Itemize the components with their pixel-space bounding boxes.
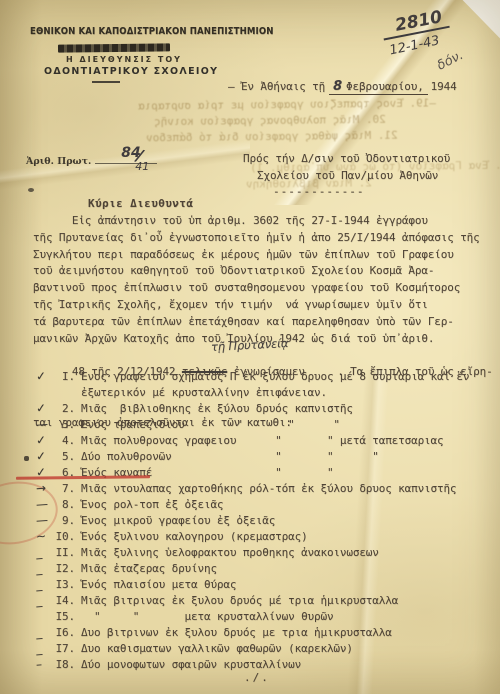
letterhead-rule (92, 81, 120, 83)
item-number: 7. (51, 481, 75, 497)
date-year: 1944 (431, 80, 457, 93)
item-number: I4. (51, 593, 75, 609)
body-line: βαντινοῦ προς ἐπίπλωσιν τοῦ συσταθησομεν… (33, 280, 493, 297)
item-text: Ἑνός πλαισίου μετα θύρας (81, 577, 236, 593)
item-text: Ἑνος γραφειου σχηματος Π ἐκ ξύλου δρυος … (81, 369, 469, 385)
registry-number: 2810 (380, 6, 450, 40)
inventory-item: —8.Ἑνος ρολ-τοπ ἐξ ὀξειᾶς (36, 497, 469, 513)
inventory-item: ✓4.Μιᾶς πολυθρονας γραφειου " " μετά ταπ… (36, 433, 469, 449)
handwritten-check-mark: ✓ (35, 448, 51, 465)
letterhead-school: ΟΔΟΝΤΙΑΤΡΙΚΟΥ ΣΧΟΛΕΙΟΥ (44, 66, 317, 77)
inventory-list: ✓I.Ἑνος γραφειου σχηματος Π ἐκ ξύλου δρυ… (36, 369, 469, 673)
protocol-suffix-handwritten: 41 (135, 160, 149, 173)
item-mark-empty (35, 608, 51, 625)
item-number: 4. (51, 433, 75, 449)
recipient-block: Πρός τήν Δ/σιν τοῦ Ὀδοντιατρικοῦ Σχολείο… (243, 151, 450, 201)
ink-smudge (28, 188, 34, 192)
handwritten-dash-mark: — (35, 496, 51, 513)
item-text: Μιᾶς ξυλινης ὑελοφρακτου προθηκης ἀνακοι… (81, 545, 379, 561)
protocol-block: Ἀριθ. Πρωτ.84/41 (26, 149, 157, 168)
handwritten-dash-mark: _ (35, 592, 51, 609)
item-text: Ἑνός καναπέ " " (81, 465, 333, 481)
letterhead-directorate: Η ΔΙΕΥΘΥΝΣΙΣ ΤΟΥ (66, 55, 317, 64)
date-prefix: – Ἐν Ἀθήναις τῇ (228, 80, 325, 93)
handwritten-check-mark: ✓ (35, 432, 51, 449)
bleed-through-line: —19. Ἑνος τραπεζιου γραφείου με τρία συρ… (138, 96, 436, 112)
registry-scribble: δόν. (435, 48, 466, 74)
bleed-through-line: 20. Μιᾶς πολυθρονας γραφείου κοινῆς (154, 113, 386, 128)
inventory-item: ✓5.Δύο πολυθρονῶν " " " (36, 449, 469, 465)
handwritten-dash-mark: — (35, 416, 51, 433)
inventory-item: _I3.Ἑνός πλαισίου μετα θύρας (36, 577, 469, 593)
inventory-item: ✓I.Ἑνος γραφειου σχηματος Π ἐκ ξύλου δρυ… (36, 369, 469, 385)
recipient-line-2: Σχολείου τοῦ Παν/μίου Ἀθηνῶν (257, 168, 450, 185)
salutation: Κύριε Διευθυντά (88, 197, 193, 210)
inventory-item: _I7.Δυο καθισματων γαλλικῶν φαθωρῶν (καρ… (36, 641, 469, 657)
handwritten-dash-mark: — (35, 512, 51, 529)
item-text: Μιᾶς βιβλιοθηκης ἐκ ξύλου δρυός καπνιστῆ… (81, 401, 353, 417)
body-line: τοῦ ἀειμνήστου καθηγητοῦ τοῦ Ὀδοντιατρικ… (33, 263, 493, 280)
recipient-line-1: Πρός τήν Δ/σιν τοῦ Ὀδοντιατρικοῦ (243, 151, 450, 168)
body-line: Εἰς ἀπάντησιν τοῦ ὑπ ἀριθμ. 3602 τῆς 27-… (33, 213, 493, 230)
item-text: Μιᾶς ντουλαπας χαρτοθήκης ρόλ-τόπ ἐκ ξύλ… (81, 481, 456, 497)
date-month: Φεβρουαρίου, (346, 80, 424, 93)
handwritten-arrow-mark: → (35, 480, 51, 497)
item-number: I6. (51, 625, 75, 641)
inventory-item: _I6.Δυο βιτρινων ἐκ ξυλου δρυός με τρια … (36, 625, 469, 641)
item-text: " " μετα κρυσταλλίνων θυρῶν (81, 609, 333, 625)
letterhead: ΕΘΝΙΚΟΝ ΚΑΙ ΚΑΠΟΔΙΣΤΡΙΑΚΟΝ ΠΑΝΕΠΙΣΤΗΜΙΟΝ… (30, 26, 317, 83)
item-number: I2. (51, 561, 75, 577)
page-continuation-mark: ./. (244, 671, 270, 684)
date-line: – Ἐν Ἀθήναις τῇ8Φεβρουαρίου,1944 (228, 79, 457, 95)
item-text: Μιᾶς πολυθρονας γραφειου " " μετά ταπετσ… (81, 433, 443, 449)
item-number: 2. (51, 401, 75, 417)
item-number: I0. (51, 529, 75, 545)
item-text: Δυο βιτρινων ἐκ ξυλου δρυός με τρια ἡμικ… (81, 625, 392, 641)
inventory-item: _I4.Μιᾶς βιτρινας ἐκ ξυλου δρυός μέ τρια… (36, 593, 469, 609)
recipient-underline: ------------ (273, 184, 450, 201)
crossed-out-line (58, 43, 170, 52)
item-text: Δυο καθισματων γαλλικῶν φαθωρῶν (καρεκλῶ… (81, 641, 353, 657)
item-number: I7. (51, 641, 75, 657)
body-line: τῆς Πρυτανείας δι᾽οὗ ἐγνωστοποιεῖτο ἡμῖν… (33, 230, 493, 247)
date-underline: 8Φεβρουαρίου, (329, 79, 428, 95)
inventory-item: I5. " " μετα κρυσταλλίνων θυρῶν (36, 609, 469, 625)
ink-dot (24, 456, 29, 461)
body-line: Συγκλήτου περι παραδόσεως ἐκ μέρους ἡμῶν… (33, 247, 493, 264)
inventory-item: ✓6.Ἑνός καναπέ " " (36, 465, 469, 481)
letterhead-university-name: ΕΘΝΙΚΟΝ ΚΑΙ ΚΑΠΟΔΙΣΤΡΙΑΚΟΝ ΠΑΝΕΠΙΣΤΗΜΙΟΝ (30, 26, 274, 37)
inventory-item: —9.Ἑνος μικροῦ γραφείου ἐξ ὀξειᾶς (36, 513, 469, 529)
inventory-item: —3.Ἑνός τραπεζιδιου " " " (36, 417, 469, 433)
protocol-label: Ἀριθ. Πρωτ. (26, 156, 91, 167)
body-line: τά βαρυτερα τῶν ἐπίπλων ἐπετάχθησαν καί … (33, 314, 493, 331)
item-number: I3. (51, 577, 75, 593)
item-text: Ἑνος μικροῦ γραφείου ἐξ ὀξειᾶς (81, 513, 275, 529)
item-number: II. (51, 545, 75, 561)
handwritten-dash-mark: _ (35, 544, 51, 561)
item-text: Μιᾶς ἐταζερας δρυίνης (81, 561, 217, 577)
item-text: Μιᾶς βιτρινας ἐκ ξυλου δρυός μέ τρια ἡμι… (81, 593, 398, 609)
handwritten-check-mark: ✓ (35, 368, 51, 385)
date-day-handwritten: 8 (333, 79, 342, 94)
item-number: I8. (51, 657, 75, 673)
handwritten-check-mark: ✓ (35, 400, 51, 417)
handwritten-dash-mark: _ (35, 640, 51, 657)
inventory-item: _I2.Μιᾶς ἐταζερας δρυίνης (36, 561, 469, 577)
handwritten-dash-mark: – (35, 656, 51, 673)
handwritten-dash-mark: _ (35, 576, 51, 593)
inventory-item: →7.Μιᾶς ντουλαπας χαρτοθήκης ρόλ-τόπ ἐκ … (36, 481, 469, 497)
item-text: Ἑνός τραπεζιδιου " " " (81, 417, 340, 433)
item-1-continuation: ἐξωτερικόν μέ κρυσταλλίνην ἐπιφάνειαν. (81, 385, 469, 401)
handwritten-insertion: τῇ Πρυτανείᾳ (211, 335, 289, 356)
item-number: 8. (51, 497, 75, 513)
item-number: 3. (51, 417, 75, 433)
item-text: Δύο πολυθρονῶν " " " (81, 449, 379, 465)
bleed-through-line: 21. Μιᾶς ψάθας γραφείου διά τό δάπεδον (146, 129, 398, 145)
protocol-line: 84/41 (95, 152, 157, 164)
handwritten-dash-mark: ~ (35, 528, 51, 545)
item-number: I. (51, 369, 75, 385)
item-number: 9. (51, 513, 75, 529)
item-text: Ἑνος ρολ-τοπ ἐξ ὀξειᾶς (81, 497, 223, 513)
inventory-item: _II.Μιᾶς ξυλινης ὑελοφρακτου προθηκης ἀν… (36, 545, 469, 561)
handwritten-dash-mark: _ (35, 624, 51, 641)
item-text: Ἑνός ξυλινου καλογηρου (κρεμαστρας) (81, 529, 308, 545)
handwritten-dash-mark: _ (35, 560, 51, 577)
item-number: 5. (51, 449, 75, 465)
scanned-document-page: —19. Ἑνος τραπεζιου γραφείου με τρία συρ… (0, 0, 500, 694)
item-number: I5. (51, 609, 75, 625)
inventory-item: ✓2.Μιᾶς βιβλιοθηκης ἐκ ξύλου δρυός καπνι… (36, 401, 469, 417)
body-line: τῆς Ἰατρικῆς Σχολῆς, ἔχομεν τήν τιμήν νά… (33, 297, 493, 314)
inventory-item: ~I0.Ἑνός ξυλινου καλογηρου (κρεμαστρας) (36, 529, 469, 545)
